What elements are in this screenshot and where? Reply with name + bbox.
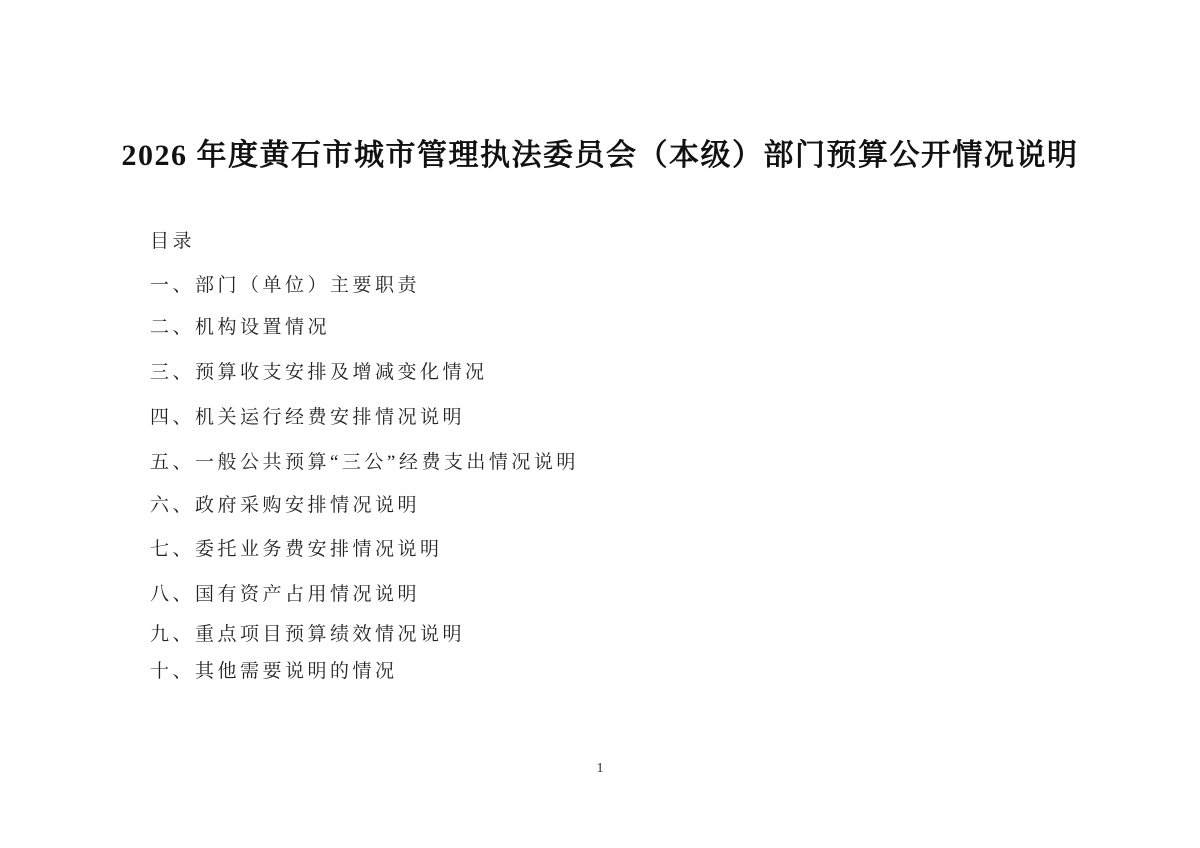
toc-item-5: 五、一般公共预算“三公”经费支出情况说明 (150, 453, 579, 473)
document-page: 2026 年度黄石市城市管理执法委员会（本级）部门预算公开情况说明 目录 一、部… (0, 0, 1200, 848)
toc-heading: 目录 (150, 232, 195, 252)
toc-item-3: 三、预算收支安排及增减变化情况 (150, 363, 488, 383)
toc-item-9: 九、重点项目预算绩效情况说明 (150, 625, 465, 645)
toc-item-8: 八、国有资产占用情况说明 (150, 585, 420, 605)
toc-item-4: 四、机关运行经费安排情况说明 (150, 408, 465, 428)
toc-item-2: 二、机构设置情况 (150, 318, 330, 338)
toc-item-6: 六、政府采购安排情况说明 (150, 496, 420, 516)
toc-item-1: 一、部门（单位）主要职责 (150, 276, 420, 296)
page-number: 1 (0, 761, 1200, 777)
table-of-contents: 目录 一、部门（单位）主要职责 二、机构设置情况 三、预算收支安排及增减变化情况… (150, 0, 1100, 848)
toc-item-7: 七、委托业务费安排情况说明 (150, 540, 443, 560)
toc-item-10: 十、其他需要说明的情况 (150, 662, 398, 682)
